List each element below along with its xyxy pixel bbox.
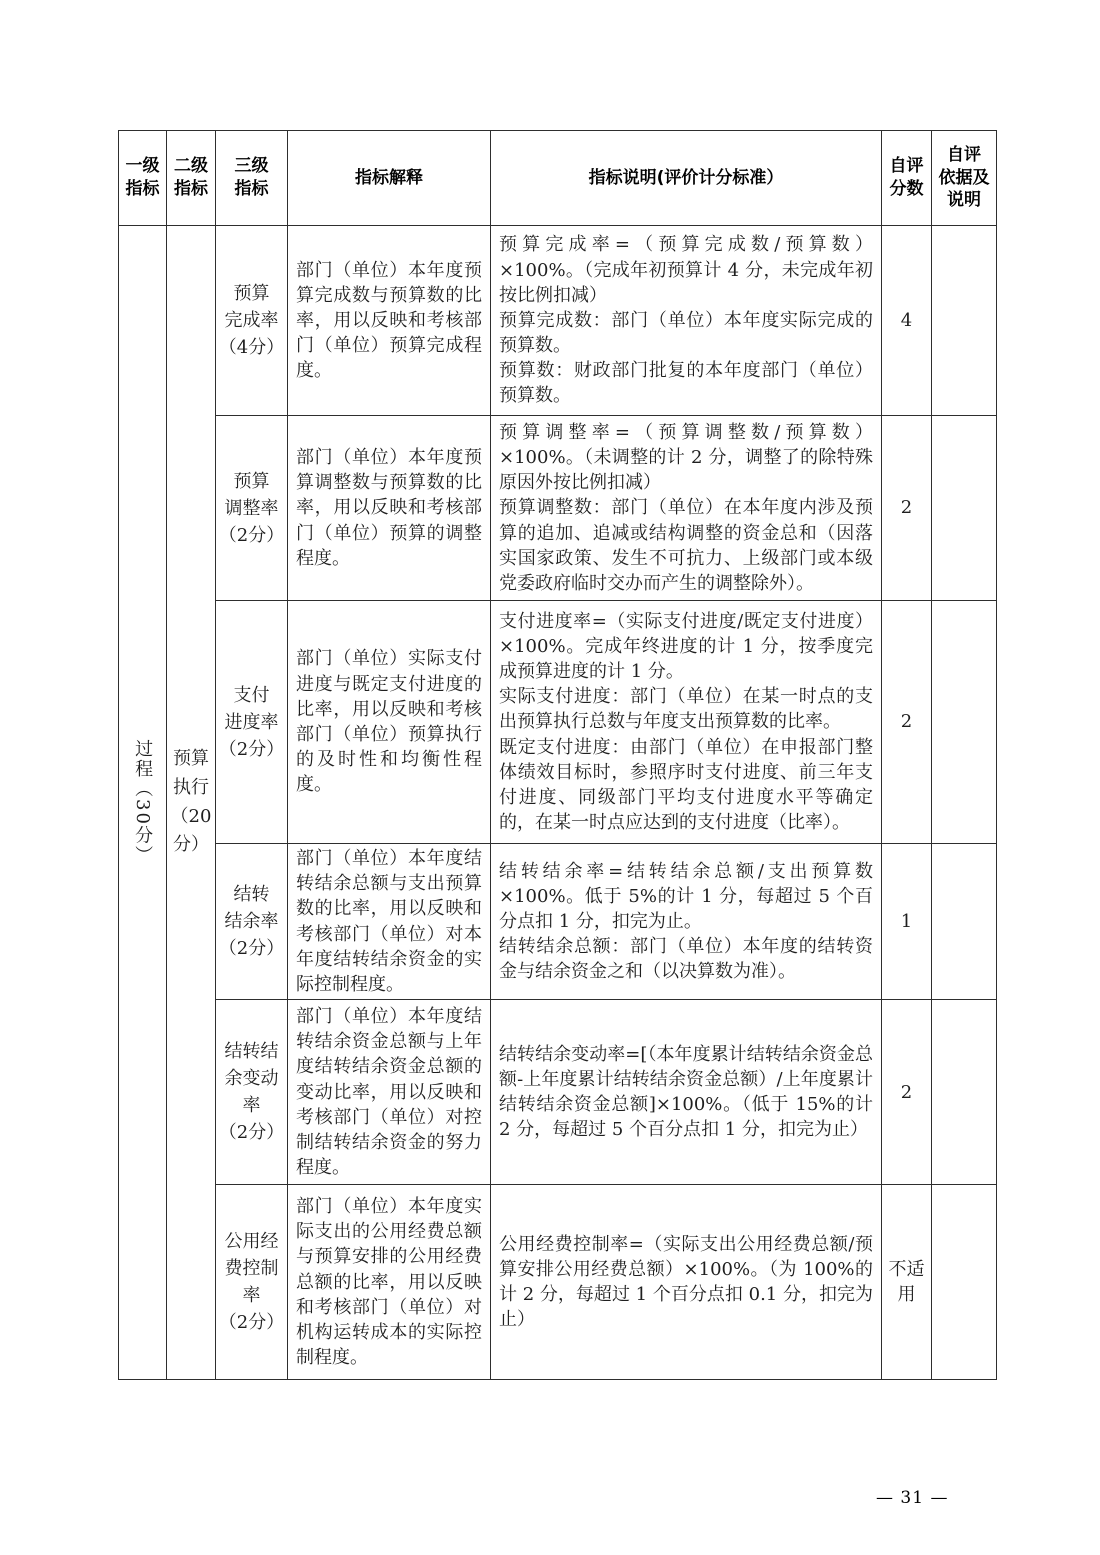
cell-basis [932,844,997,1000]
cell-explanation: 部门（单位）本年度结转结余总额与支出预算数的比率，用以反映和考核部门（单位）对本… [288,844,491,1000]
cell-criteria: 预算完成率=（预算完成数/预算数）×100%。（完成年初预算计 4 分，未完成年… [491,226,882,416]
cell-level1-process: 过程（30分） [119,226,167,1380]
cell-explanation: 部门（单位）本年度预算完成数与预算数的比率，用以反映和考核部门（单位）预算完成程… [288,226,491,416]
cell-indicator: 公用经 费控制 率 （2分） [216,1185,288,1380]
cell-criteria: 支付进度率=（实际支付进度/既定支付进度）×100%。完成年终进度的计 1 分，… [491,601,882,844]
header-explanation: 指标解释 [288,131,491,226]
cell-basis [932,601,997,844]
cell-criteria: 结转结余变动率=[（本年度累计结转结余资金总额-上年度累计结转结余资金总额）/上… [491,1000,882,1185]
cell-indicator: 预算 调整率 （2分） [216,416,288,601]
cell-level2-budget-execution: 预算 执行 （20 分） [167,226,216,1380]
cell-indicator: 结转 结余率 （2分） [216,844,288,1000]
cell-criteria: 结转结余率=结转结余总额/支出预算数×100%。低于 5%的计 1 分，每超过 … [491,844,882,1000]
cell-criteria: 预算调整率=（预算调整数/预算数）×100%。（未调整的计 2 分，调整了的除特… [491,416,882,601]
cell-score: 1 [882,844,932,1000]
indicator-table: 一级 指标 二级 指标 三级 指标 指标解释 指标说明(评价计分标准） 自评 分… [118,130,997,1380]
cell-criteria: 公用经费控制率=（实际支出公用经费总额/预算安排公用经费总额）×100%。（为 … [491,1185,882,1380]
cell-indicator: 结转结 余变动 率 （2分） [216,1000,288,1185]
cell-score: 4 [882,226,932,416]
table-row: 预算 调整率 （2分） 部门（单位）本年度预算调整数与预算数的比率，用以反映和考… [119,416,997,601]
cell-score: 2 [882,416,932,601]
cell-basis [932,226,997,416]
table-row: 过程（30分） 预算 执行 （20 分） 预算 完成率 （4分） 部门（单位）本… [119,226,997,416]
cell-score: 不适 用 [882,1185,932,1380]
header-level1: 一级 指标 [119,131,167,226]
cell-explanation: 部门（单位）实际支付进度与既定支付进度的比率，用以反映和考核部门（单位）预算执行… [288,601,491,844]
table-row: 支付 进度率 （2分） 部门（单位）实际支付进度与既定支付进度的比率，用以反映和… [119,601,997,844]
cell-explanation: 部门（单位）本年度预算调整数与预算数的比率，用以反映和考核部门（单位）预算的调整… [288,416,491,601]
table-header-row: 一级 指标 二级 指标 三级 指标 指标解释 指标说明(评价计分标准） 自评 分… [119,131,997,226]
table-row: 公用经 费控制 率 （2分） 部门（单位）本年度实际支出的公用经费总额与预算安排… [119,1185,997,1380]
cell-basis [932,1185,997,1380]
cell-score: 2 [882,601,932,844]
header-criteria: 指标说明(评价计分标准） [491,131,882,226]
cell-indicator: 预算 完成率 （4分） [216,226,288,416]
page-number: — 31 — [876,1488,948,1508]
cell-explanation: 部门（单位）本年度结转结余资金总额与上年度结转结余资金总额的变动比率，用以反映和… [288,1000,491,1185]
cell-basis [932,416,997,601]
cell-explanation: 部门（单位）本年度实际支出的公用经费总额与预算安排的公用经费总额的比率，用以反映… [288,1185,491,1380]
cell-basis [932,1000,997,1185]
header-basis: 自评 依据及 说明 [932,131,997,226]
header-level2: 二级 指标 [167,131,216,226]
level1-vertical-label: 过程（30分） [130,739,155,866]
table-row: 结转结 余变动 率 （2分） 部门（单位）本年度结转结余资金总额与上年度结转结余… [119,1000,997,1185]
cell-indicator: 支付 进度率 （2分） [216,601,288,844]
document-page: 一级 指标 二级 指标 三级 指标 指标解释 指标说明(评价计分标准） 自评 分… [0,0,1100,1555]
table-row: 结转 结余率 （2分） 部门（单位）本年度结转结余总额与支出预算数的比率，用以反… [119,844,997,1000]
cell-score: 2 [882,1000,932,1185]
header-score: 自评 分数 [882,131,932,226]
header-level3: 三级 指标 [216,131,288,226]
